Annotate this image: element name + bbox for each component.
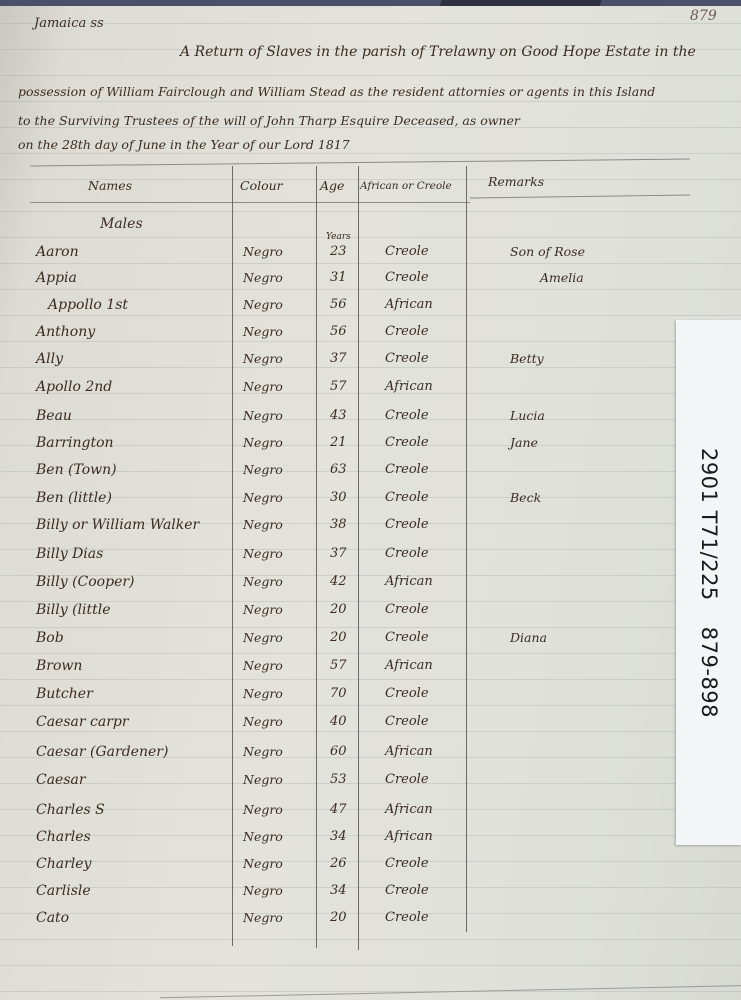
cell-name: Barrington	[36, 435, 114, 451]
section-label-males: Males	[100, 216, 143, 232]
cell-origin: African	[385, 829, 433, 844]
table-row: Billy (Cooper)Negro42African	[0, 574, 741, 598]
cell-origin: Creole	[385, 630, 429, 645]
column-header-colour: Colour	[240, 178, 283, 193]
column-header-names: Names	[88, 178, 132, 193]
cell-remarks: Lucia	[510, 408, 545, 423]
cell-name: Billy Dias	[36, 546, 103, 562]
cell-origin: Creole	[385, 883, 429, 898]
cell-age: 31	[330, 270, 347, 285]
archive-reference-text: 2901 T71/225879-898	[697, 447, 721, 717]
table-row: AppiaNegro31CreoleAmelia	[0, 270, 741, 294]
cell-origin: Creole	[385, 856, 429, 871]
cell-origin: African	[385, 744, 433, 759]
cell-age: 37	[330, 546, 347, 561]
column-header-remarks: Remarks	[488, 174, 544, 189]
table-row: BarringtonNegro21CreoleJane	[0, 435, 741, 459]
cell-age: 56	[330, 324, 347, 339]
cell-colour: Negro	[243, 744, 283, 759]
table-row: Ben (Town)Negro63Creole	[0, 462, 741, 486]
cell-name: Beau	[36, 408, 72, 424]
cell-age: 57	[330, 379, 347, 394]
cell-name: Appia	[36, 270, 77, 286]
cell-name: Bob	[36, 630, 64, 646]
cell-age: 53	[330, 772, 347, 787]
cell-age: 40	[330, 714, 347, 729]
folio-number: 879	[690, 8, 717, 24]
cell-remarks: Son of Rose	[510, 244, 585, 259]
cell-origin: African	[385, 802, 433, 817]
cell-name: Aaron	[36, 244, 79, 260]
cell-age: 63	[330, 462, 347, 477]
table-row: Caesar (Gardener)Negro60African	[0, 744, 741, 768]
cell-name: Cato	[36, 910, 69, 926]
cell-age: 30	[330, 490, 347, 505]
cell-age: 38	[330, 517, 347, 532]
cell-colour: Negro	[243, 517, 283, 532]
table-row: Charles SNegro47African	[0, 802, 741, 826]
cell-colour: Negro	[243, 244, 283, 259]
cell-name: Butcher	[36, 686, 93, 702]
cell-colour: Negro	[243, 714, 283, 729]
cell-colour: Negro	[243, 910, 283, 925]
table-row: Billy or William WalkerNegro38Creole	[0, 517, 741, 541]
cell-colour: Negro	[243, 324, 283, 339]
cell-colour: Negro	[243, 408, 283, 423]
cell-age: 60	[330, 744, 347, 759]
cell-colour: Negro	[243, 351, 283, 366]
cell-origin: Creole	[385, 714, 429, 729]
table-row: AnthonyNegro56Creole	[0, 324, 741, 348]
cell-colour: Negro	[243, 297, 283, 312]
table-row: CharlesNegro34African	[0, 829, 741, 853]
cell-origin: Creole	[385, 490, 429, 505]
cell-age: 20	[330, 630, 347, 645]
cell-name: Brown	[36, 658, 82, 674]
cell-colour: Negro	[243, 574, 283, 589]
cell-colour: Negro	[243, 462, 283, 477]
archive-page-range: 879-898	[697, 626, 721, 717]
archive-collection: 2901 T71/225	[697, 447, 721, 600]
cell-origin: Creole	[385, 546, 429, 561]
cell-name: Ally	[36, 351, 63, 367]
cell-age: 56	[330, 297, 347, 312]
age-unit-label: Years	[326, 232, 351, 242]
cell-origin: African	[385, 297, 433, 312]
cell-colour: Negro	[243, 546, 283, 561]
cell-name: Billy (Cooper)	[36, 574, 135, 590]
cell-colour: Negro	[243, 270, 283, 285]
table-row: Caesar carprNegro40Creole	[0, 714, 741, 738]
cell-origin: Creole	[385, 772, 429, 787]
cell-origin: Creole	[385, 351, 429, 366]
table-row: AaronNegro23CreoleSon of Rose	[0, 244, 741, 268]
cell-origin: Creole	[385, 602, 429, 617]
cell-age: 70	[330, 686, 347, 701]
header-rule-bottom	[30, 202, 470, 203]
archive-reference-label: 2901 T71/225879-898	[676, 320, 741, 845]
cell-name: Caesar (Gardener)	[36, 744, 168, 760]
cell-name: Carlisle	[36, 883, 91, 899]
table-row: Appollo 1stNegro56African	[0, 297, 741, 321]
cell-age: 42	[330, 574, 347, 589]
cell-colour: Negro	[243, 802, 283, 817]
cell-origin: Creole	[385, 686, 429, 701]
cell-age: 43	[330, 408, 347, 423]
table-row: Apollo 2ndNegro57African	[0, 379, 741, 403]
cell-age: 20	[330, 602, 347, 617]
table-row: AllyNegro37CreoleBetty	[0, 351, 741, 375]
heading-line-2: possession of William Fairclough and Wil…	[18, 84, 655, 99]
cell-name: Ben (little)	[36, 490, 112, 506]
table-row: BobNegro20CreoleDiana	[0, 630, 741, 654]
cell-age: 37	[330, 351, 347, 366]
cell-colour: Negro	[243, 435, 283, 450]
table-row: CatoNegro20Creole	[0, 910, 741, 934]
cell-colour: Negro	[243, 829, 283, 844]
cell-origin: Creole	[385, 244, 429, 259]
cell-age: 23	[330, 244, 347, 259]
cell-name: Apollo 2nd	[36, 379, 112, 395]
heading-line-4: on the 28th day of June in the Year of o…	[18, 137, 350, 152]
cell-age: 26	[330, 856, 347, 871]
cell-origin: Creole	[385, 270, 429, 285]
heading-line-1: A Return of Slaves in the parish of Trel…	[180, 44, 696, 60]
table-row: CaesarNegro53Creole	[0, 772, 741, 796]
cell-remarks: Jane	[510, 435, 538, 450]
cell-remarks: Beck	[510, 490, 541, 505]
cell-remarks: Amelia	[540, 270, 584, 285]
table-row: ButcherNegro70Creole	[0, 686, 741, 710]
cell-origin: African	[385, 574, 433, 589]
cell-age: 47	[330, 802, 347, 817]
cell-name: Charles S	[36, 802, 105, 818]
cell-colour: Negro	[243, 379, 283, 394]
cell-colour: Negro	[243, 630, 283, 645]
cell-colour: Negro	[243, 883, 283, 898]
cell-name: Billy (little	[36, 602, 111, 618]
cell-age: 34	[330, 883, 347, 898]
table-row: CharleyNegro26Creole	[0, 856, 741, 880]
cell-colour: Negro	[243, 686, 283, 701]
cell-age: 57	[330, 658, 347, 673]
column-header-age: Age	[320, 178, 344, 193]
cell-age: 34	[330, 829, 347, 844]
cell-origin: Creole	[385, 408, 429, 423]
cell-name: Billy or William Walker	[36, 517, 199, 533]
cell-name: Charley	[36, 856, 91, 872]
cell-colour: Negro	[243, 772, 283, 787]
cell-remarks: Betty	[510, 351, 544, 366]
cell-colour: Negro	[243, 658, 283, 673]
cell-colour: Negro	[243, 602, 283, 617]
cell-origin: Creole	[385, 910, 429, 925]
table-row: Billy (littleNegro20Creole	[0, 602, 741, 626]
cell-colour: Negro	[243, 856, 283, 871]
cell-name: Caesar	[36, 772, 86, 788]
column-header-origin: African or Creole	[360, 180, 452, 192]
cell-age: 20	[330, 910, 347, 925]
table-row: BrownNegro57African	[0, 658, 741, 682]
cell-age: 21	[330, 435, 347, 450]
table-row: CarlisleNegro34Creole	[0, 883, 741, 907]
cell-remarks: Diana	[510, 630, 547, 645]
cell-name: Charles	[36, 829, 91, 845]
cell-origin: African	[385, 379, 433, 394]
cell-name: Anthony	[36, 324, 95, 340]
table-row: Billy DiasNegro37Creole	[0, 546, 741, 570]
cell-colour: Negro	[243, 490, 283, 505]
cell-origin: Creole	[385, 517, 429, 532]
cell-name: Appollo 1st	[48, 297, 128, 313]
cell-origin: Creole	[385, 462, 429, 477]
cell-name: Caesar carpr	[36, 714, 129, 730]
cell-origin: African	[385, 658, 433, 673]
table-row: Ben (little)Negro30CreoleBeck	[0, 490, 741, 514]
cell-name: Ben (Town)	[36, 462, 117, 478]
ledger-page: 879 Jamaica ss A Return of Slaves in the…	[0, 6, 741, 1000]
region-label: Jamaica ss	[34, 16, 104, 31]
heading-line-3: to the Surviving Trustees of the will of…	[18, 113, 520, 128]
cell-origin: Creole	[385, 435, 429, 450]
table-row: BeauNegro43CreoleLucia	[0, 408, 741, 432]
cell-origin: Creole	[385, 324, 429, 339]
